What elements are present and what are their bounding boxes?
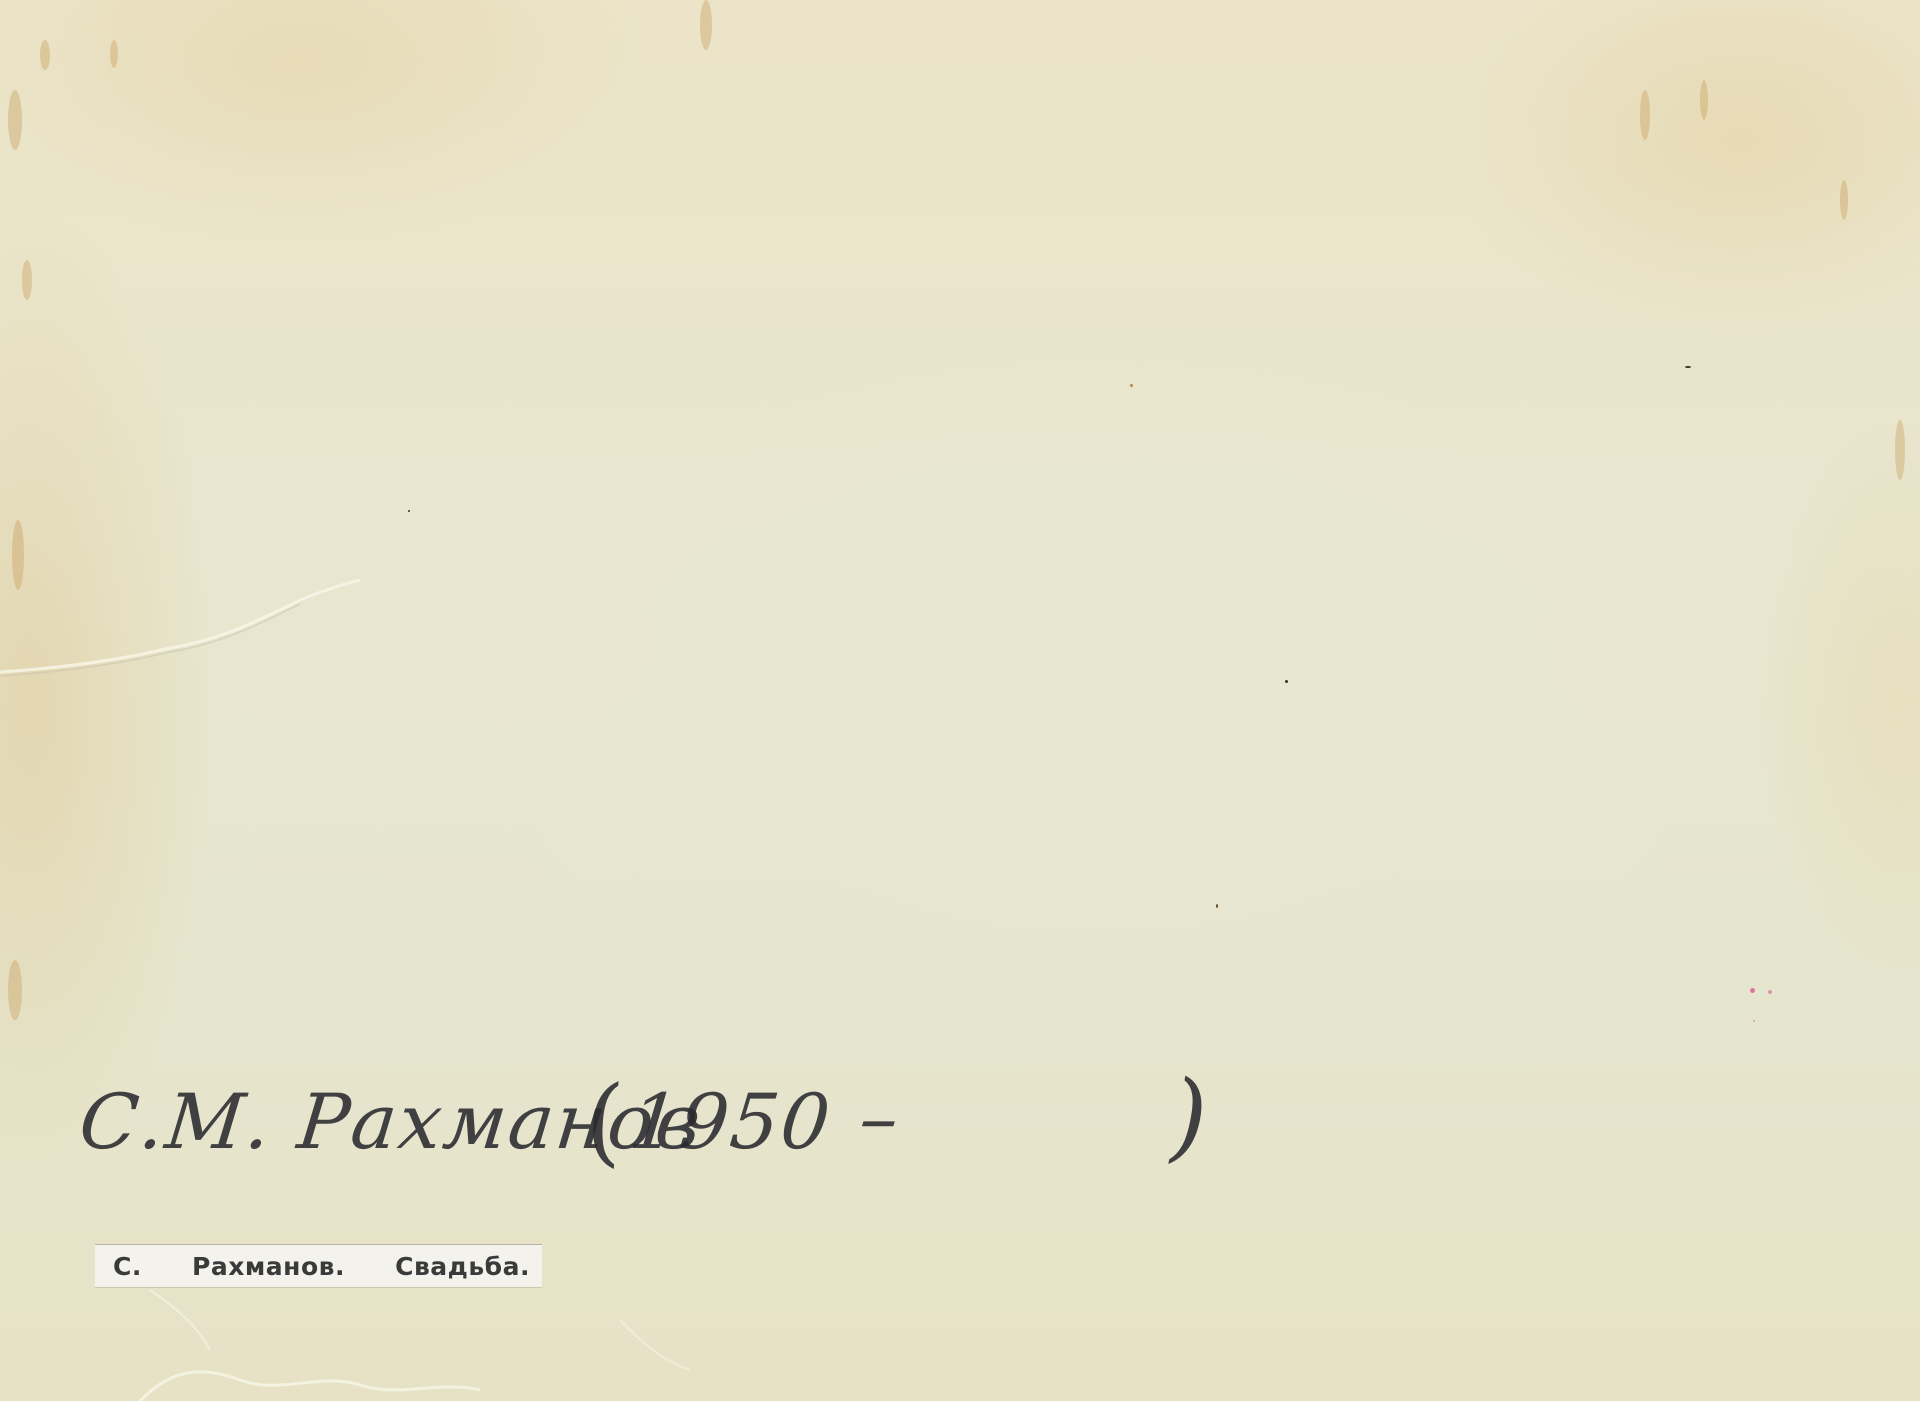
foxing-stain <box>8 90 22 150</box>
foxing-stain <box>110 40 118 68</box>
foxing-stain <box>1895 420 1905 480</box>
dust-speck <box>408 510 410 512</box>
label-title: Свадьба. <box>395 1252 530 1281</box>
foxing-stain <box>1840 180 1848 220</box>
foxing-stain <box>40 40 50 70</box>
label-initial: С. <box>113 1252 142 1281</box>
foxing-stain <box>1700 80 1708 120</box>
dust-speck <box>1130 384 1133 387</box>
pink-ink-speck <box>1750 988 1755 993</box>
label-surname: Рахманов. <box>192 1252 345 1281</box>
foxing-stain <box>8 960 22 1020</box>
foxing-stain <box>22 260 32 300</box>
printed-caption-label: С. Рахманов. Свадьба. <box>95 1244 542 1287</box>
pink-ink-speck <box>1768 990 1772 994</box>
foxing-stain <box>700 0 712 50</box>
handwritten-close-paren: ) <box>1170 1060 1209 1172</box>
dust-speck <box>1216 904 1218 908</box>
handwritten-dash: – <box>855 1073 904 1162</box>
pink-ink-speck <box>1753 1020 1755 1022</box>
foxing-stain <box>12 520 24 590</box>
foxing-stain <box>1640 90 1650 140</box>
handwritten-birth-year: 1950 <box>625 1077 836 1166</box>
handwritten-inscription: С.М. Рахманов ( 1950 – ) <box>80 1055 1180 1195</box>
dust-speck <box>1685 366 1691 368</box>
dust-speck <box>1285 680 1288 683</box>
